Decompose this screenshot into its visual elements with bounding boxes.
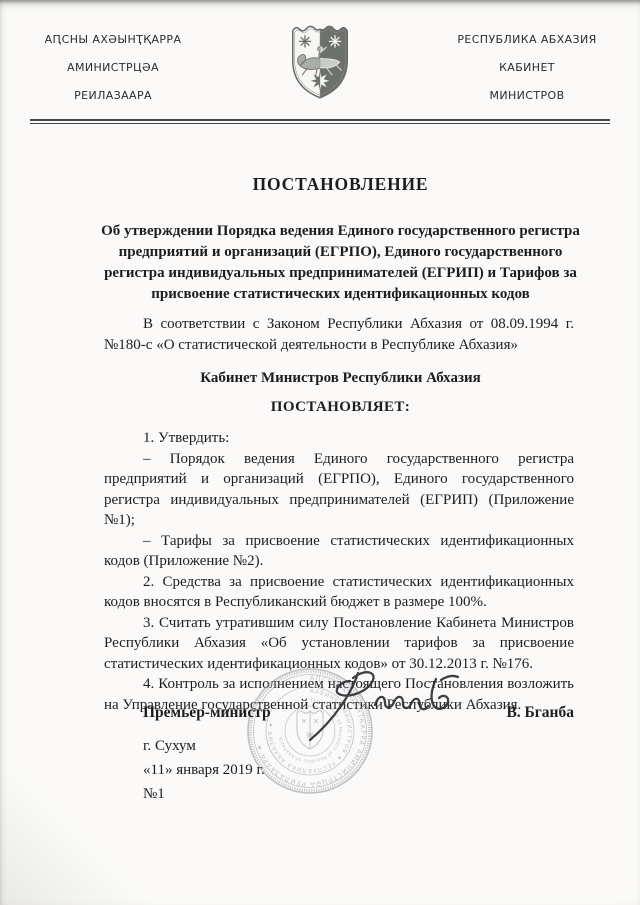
decree-item-2: – Порядок ведения Единого государственно… [104, 449, 574, 531]
doc-subject: Об утверждении Порядка ведения Единого г… [97, 221, 584, 305]
header-divider-double-rule [30, 119, 610, 124]
signature-name: В. Бганба [506, 702, 574, 723]
decree-word: ПОСТАНОВЛЯЕТ: [97, 397, 584, 418]
signature-post: Премьер-министр [143, 702, 271, 723]
header-russian-line-1: РЕСПУБЛИКА АБХАЗИЯ [428, 26, 626, 54]
scanned-document-page: АԤСНЫ АХӘЫНҬҚАРРА АМИНИСТРЦӘА РЕИЛАЗААРА [0, 0, 640, 905]
header-russian-line-2: КАБИНЕТ [428, 54, 626, 82]
header-abkhaz-line-3: РЕИЛАЗААРА [14, 82, 212, 110]
decree-item-3: – Тарифы за присвоение статистических ид… [104, 531, 574, 572]
doc-preamble: В соответствии с Законом Республики Абха… [104, 314, 574, 356]
authority-line: Кабинет Министров Республики Абхазия [97, 368, 584, 389]
abkhazia-coat-of-arms-icon [289, 22, 351, 109]
header-abkhaz-line-2: АМИНИСТРЦӘА [14, 54, 212, 82]
doc-title: ПОСТАНОВЛЕНИЕ [97, 174, 584, 195]
header-abkhaz-block: АԤСНЫ АХӘЫНҬҚАРРА АМИНИСТРЦӘА РЕИЛАЗААРА [14, 26, 212, 110]
header-abkhaz-line-1: АԤСНЫ АХӘЫНҬҚАРРА [14, 26, 212, 54]
header-russian-line-3: МИНИСТРОВ [428, 82, 626, 110]
decree-item-1: 1. Утвердить: [104, 428, 574, 449]
signature-row: Премьер-министр В. Бганба [104, 702, 574, 723]
header-russian-block: РЕСПУБЛИКА АБХАЗИЯ КАБИНЕТ МИНИСТРОВ [428, 26, 626, 110]
decree-item-4: 2. Средства за присвоение статистических… [104, 572, 574, 613]
